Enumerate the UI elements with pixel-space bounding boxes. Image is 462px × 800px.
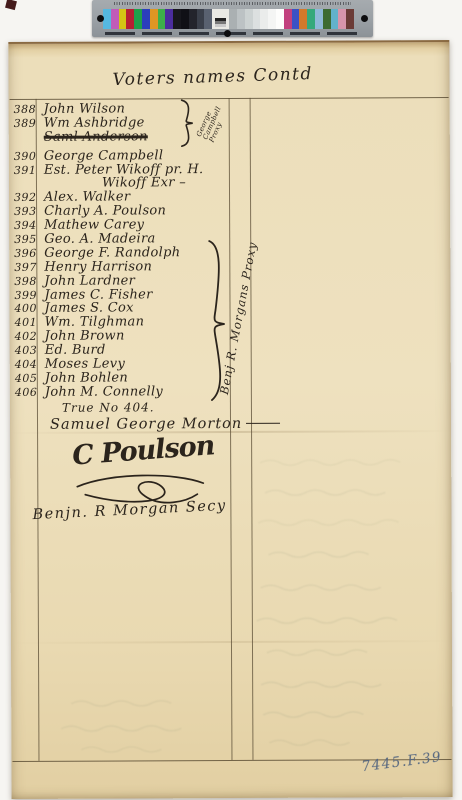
color-patch (307, 9, 315, 29)
color-patch (315, 9, 323, 29)
color-patch (338, 9, 346, 29)
calibration-patch-group-right (284, 9, 354, 29)
scan-photo: Voters names Contd 388John Wilson 389Wm … (0, 0, 462, 800)
color-patch (111, 9, 119, 29)
corner-mark (5, 0, 17, 10)
color-patch (173, 9, 181, 29)
color-patch (103, 9, 111, 29)
color-calibration-bar (92, 0, 373, 37)
color-patch (204, 9, 212, 29)
color-patch (245, 9, 253, 29)
color-patch (268, 9, 276, 29)
calibration-ruler-marks (105, 32, 360, 35)
calibration-hole-left (97, 15, 104, 22)
calibration-mini-steps (215, 18, 226, 27)
color-patch (260, 9, 268, 29)
color-patch (331, 9, 339, 29)
color-patch (150, 9, 158, 29)
color-patch (292, 9, 300, 29)
calibration-hole-right (361, 15, 368, 22)
color-patch (142, 9, 150, 29)
calibration-label-chip (212, 9, 229, 29)
color-patch (284, 9, 292, 29)
color-patch (323, 9, 331, 29)
calibration-center-dot (224, 30, 231, 37)
calibration-patch-group-left (103, 9, 212, 29)
color-patch (299, 9, 307, 29)
color-patch (197, 9, 205, 29)
calibration-micro-text (114, 2, 351, 5)
color-patch (229, 9, 237, 29)
color-patch (276, 9, 284, 29)
color-patch (165, 9, 173, 29)
color-patch (253, 9, 261, 29)
calibration-patches (103, 9, 354, 29)
color-patch (158, 9, 166, 29)
color-patch (237, 9, 245, 29)
bleed-through (8, 42, 452, 799)
document-paper: Voters names Contd 388John Wilson 389Wm … (8, 40, 452, 799)
color-patch (346, 9, 354, 29)
color-patch (126, 9, 134, 29)
color-patch (134, 9, 142, 29)
calibration-gray-steps (229, 9, 284, 29)
color-patch (181, 9, 189, 29)
color-patch (119, 9, 127, 29)
color-patch (189, 9, 197, 29)
